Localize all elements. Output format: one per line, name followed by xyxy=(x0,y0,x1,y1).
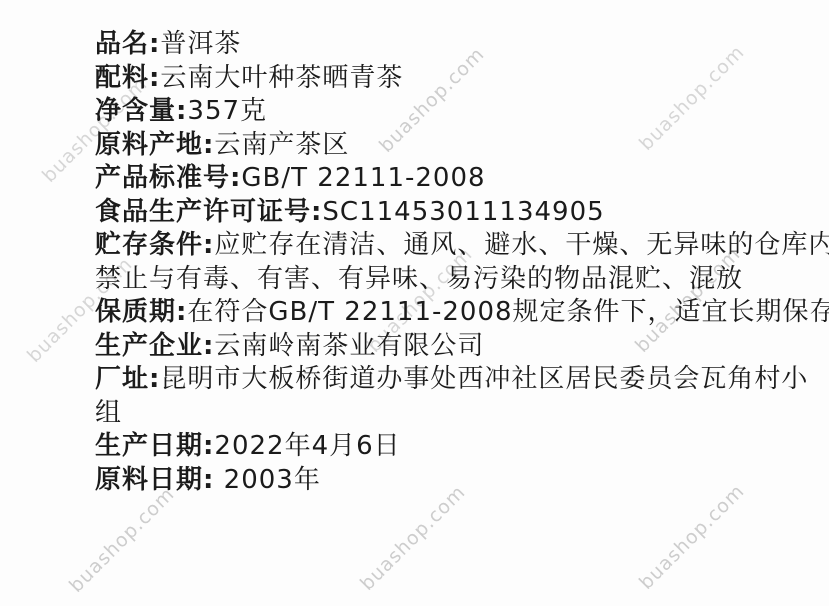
origin-line: 原料产地:云南产茶区 xyxy=(95,129,829,163)
field-label: 净含量: xyxy=(95,96,187,126)
product-name-line: 品名:普洱茶 xyxy=(95,28,829,62)
field-label: 贮存条件: xyxy=(95,230,214,260)
field-label: 生产企业: xyxy=(95,331,214,361)
watermark-text: buashop.com xyxy=(65,483,179,597)
field-value: 云南大叶种茶晒青茶 xyxy=(160,63,403,93)
shelf-life-line: 保质期:在符合GB/T 22111-2008规定条件下，适宜长期保存 xyxy=(95,296,829,330)
storage-conditions-line: 贮存条件:应贮存在清洁、通风、避水、干燥、无异味的仓库内， xyxy=(95,229,829,263)
field-value: 禁止与有毒、有害、有异味、易污染的物品混贮、混放 xyxy=(95,264,743,294)
field-label: 厂址: xyxy=(95,364,160,394)
raw-material-date-line: 原料日期: 2003年 xyxy=(95,464,829,498)
net-weight-line: 净含量:357克 xyxy=(95,95,829,129)
product-info-block: 品名:普洱茶 配料:云南大叶种茶晒青茶 净含量:357克 原料产地:云南产茶区 … xyxy=(95,28,829,497)
factory-address-line-2: 组 xyxy=(95,397,829,431)
field-value: 2022年4月6日 xyxy=(214,431,400,461)
field-value: 普洱茶 xyxy=(160,29,241,59)
field-label: 原料日期: xyxy=(95,465,214,495)
field-value: 云南岭南茶业有限公司 xyxy=(214,331,484,361)
field-value: 云南产茶区 xyxy=(214,130,349,160)
field-value: 组 xyxy=(95,398,122,428)
watermark-text: buashop.com xyxy=(356,481,470,595)
field-value: 在符合GB/T 22111-2008规定条件下，适宜长期保存 xyxy=(187,297,829,327)
standard-number-line: 产品标准号:GB/T 22111-2008 xyxy=(95,162,829,196)
production-date-line: 生产日期:2022年4月6日 xyxy=(95,430,829,464)
field-value: 2003年 xyxy=(214,465,320,495)
ingredients-line: 配料:云南大叶种茶晒青茶 xyxy=(95,62,829,96)
field-value: GB/T 22111-2008 xyxy=(241,163,485,193)
factory-address-line: 厂址:昆明市大板桥街道办事处西冲社区居民委员会瓦角村小 xyxy=(95,363,829,397)
field-label: 保质期: xyxy=(95,297,187,327)
field-label: 配料: xyxy=(95,63,160,93)
manufacturer-line: 生产企业:云南岭南茶业有限公司 xyxy=(95,330,829,364)
field-value: 昆明市大板桥街道办事处西冲社区居民委员会瓦角村小 xyxy=(160,364,808,394)
field-value: 应贮存在清洁、通风、避水、干燥、无异味的仓库内， xyxy=(214,230,829,260)
watermark-text: buashop.com xyxy=(635,480,749,594)
field-label: 品名: xyxy=(95,29,160,59)
field-label: 食品生产许可证号: xyxy=(95,197,322,227)
field-label: 生产日期: xyxy=(95,431,214,461)
field-value: SC11453011134905 xyxy=(322,197,604,227)
field-value: 357克 xyxy=(187,96,267,126)
field-label: 原料产地: xyxy=(95,130,214,160)
storage-conditions-line-2: 禁止与有毒、有害、有异味、易污染的物品混贮、混放 xyxy=(95,263,829,297)
license-number-line: 食品生产许可证号:SC11453011134905 xyxy=(95,196,829,230)
field-label: 产品标准号: xyxy=(95,163,241,193)
product-label-page: buashop.com buashop.com buashop.com buas… xyxy=(0,0,829,606)
